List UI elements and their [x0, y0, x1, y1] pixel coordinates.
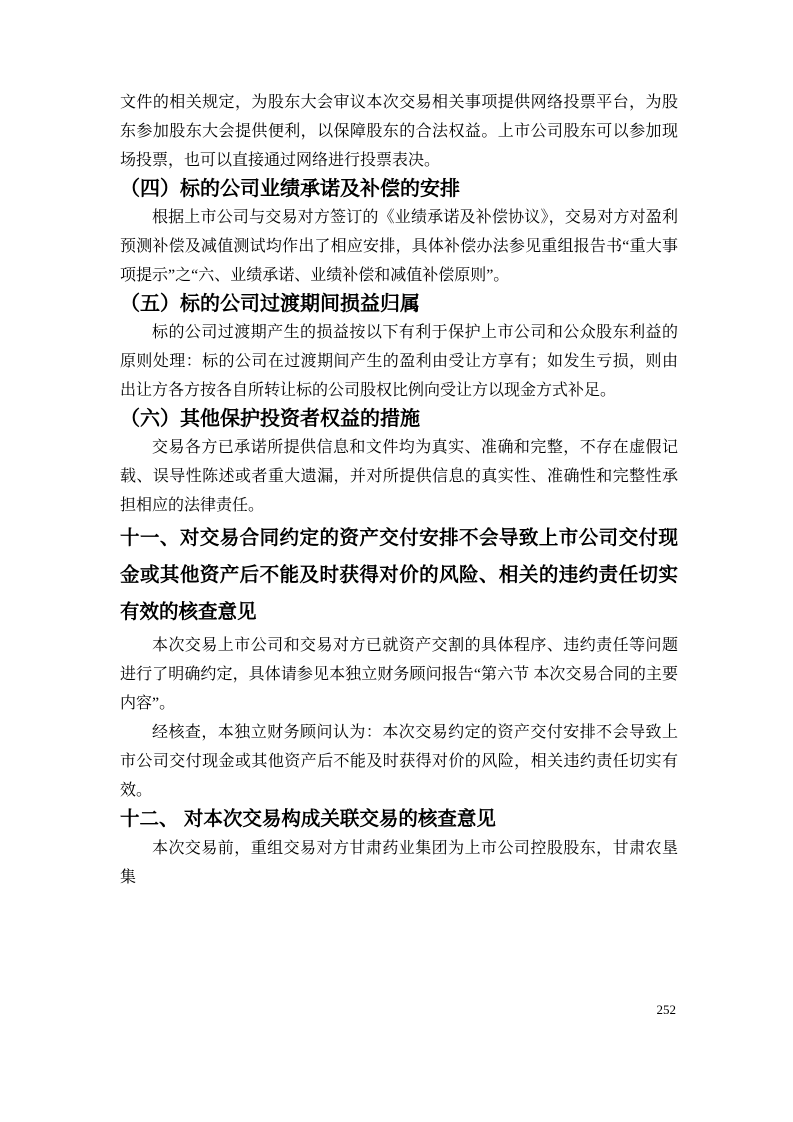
paragraph-transition-period: 标的公司过渡期产生的损益按以下有利于保护上市公司和公众股东利益的原则处理：标的公…	[120, 318, 678, 405]
heading-section4-performance-commitment: （四）标的公司业绩承诺及补偿的安排	[120, 175, 678, 203]
paragraph-investor-protection: 交易各方已承诺所提供信息和文件均为真实、准确和完整，不存在虚假记载、误导性陈述或…	[120, 433, 678, 520]
heading-chapter11-asset-delivery-opinion: 十一、对交易合同约定的资产交付安排不会导致上市公司交付现金或其他资产后不能及时获…	[120, 520, 678, 631]
paragraph-continuation-voting: 文件的相关规定，为股东大会审议本次交易相关事项提供网络投票平台，为股东参加股东大…	[120, 88, 678, 175]
paragraph-related-transaction: 本次交易前，重组交易对方甘肃药业集团为上市公司控股股东，甘肃农垦集	[120, 834, 678, 892]
document-page: 文件的相关规定，为股东大会审议本次交易相关事项提供网络投票平台，为股东参加股东大…	[0, 0, 793, 1122]
heading-chapter12-related-transaction-opinion: 十二、 对本次交易构成关联交易的核查意见	[120, 805, 678, 834]
heading-section6-investor-protection: （六）其他保护投资者权益的措施	[120, 405, 678, 433]
page-number: 252	[657, 1002, 677, 1018]
paragraph-advisor-conclusion: 经核查，本独立财务顾问认为：本次交易约定的资产交付安排不会导致上市公司交付现金或…	[120, 718, 678, 805]
paragraph-asset-delivery-agreement: 本次交易上市公司和交易对方已就资产交割的具体程序、违约责任等问题进行了明确约定，…	[120, 631, 678, 718]
document-content: 文件的相关规定，为股东大会审议本次交易相关事项提供网络投票平台，为股东参加股东大…	[120, 88, 678, 892]
paragraph-performance-commitment: 根据上市公司与交易对方签订的《业绩承诺及补偿协议》，交易对方对盈利预测补偿及减值…	[120, 203, 678, 290]
heading-section5-transition-period: （五）标的公司过渡期间损益归属	[120, 290, 678, 318]
